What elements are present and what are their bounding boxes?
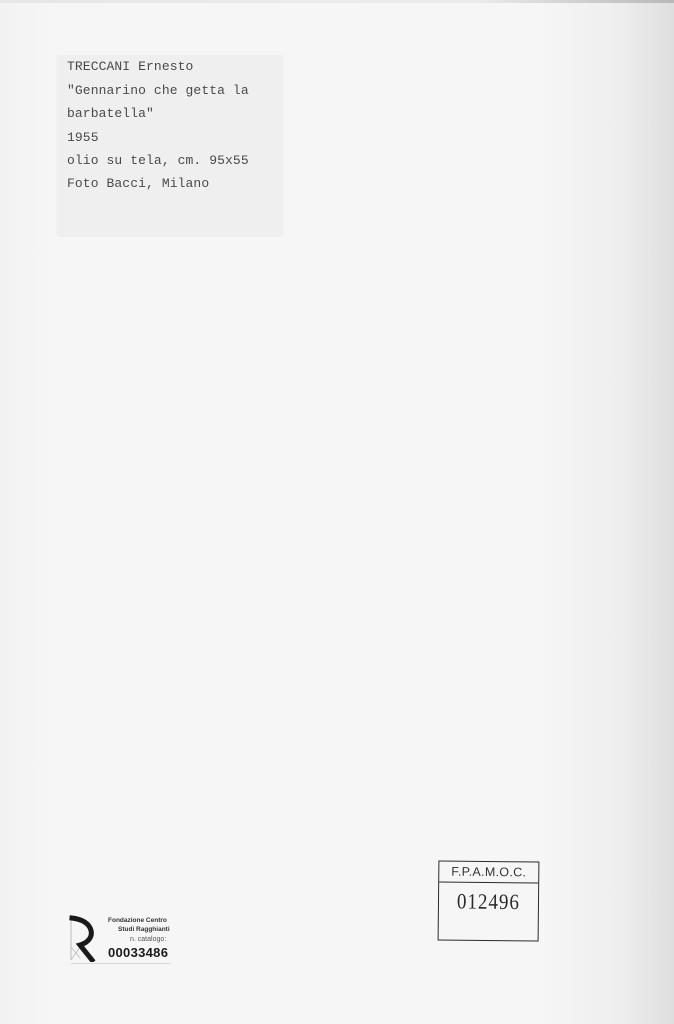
ragghianti-r-logo-icon [68,914,96,962]
foundation-catalog-sticker: Fondazione Centro Studi Ragghianti n. ca… [68,912,188,964]
artwork-year: 1955 [67,130,99,145]
artwork-title-line2: barbatella" [67,106,154,121]
artwork-title-line1: "Gennarino che getta la [67,83,249,98]
typewritten-label: TRECCANI Ernesto "Gennarino che getta la… [57,55,283,235]
photo-credit: Foto Bacci, Milano [67,176,209,191]
catalog-number: 00033486 [108,945,168,960]
stamp-number: 012496 [439,890,538,916]
sticker-edge [71,963,171,964]
foundation-name-line1: Fondazione Centro [108,917,167,924]
fpamoc-stamp: F.P.A.M.O.C. 012496 [438,860,540,941]
catalog-label: n. catalogo: [130,936,166,943]
photo-top-edge [0,0,674,3]
stamp-header: F.P.A.M.O.C. [439,861,538,883]
artwork-medium-size: olio su tela, cm. 95x55 [67,153,249,168]
foundation-name-line2: Studi Ragghianti [118,926,170,933]
artist-name: TRECCANI Ernesto [67,59,193,74]
